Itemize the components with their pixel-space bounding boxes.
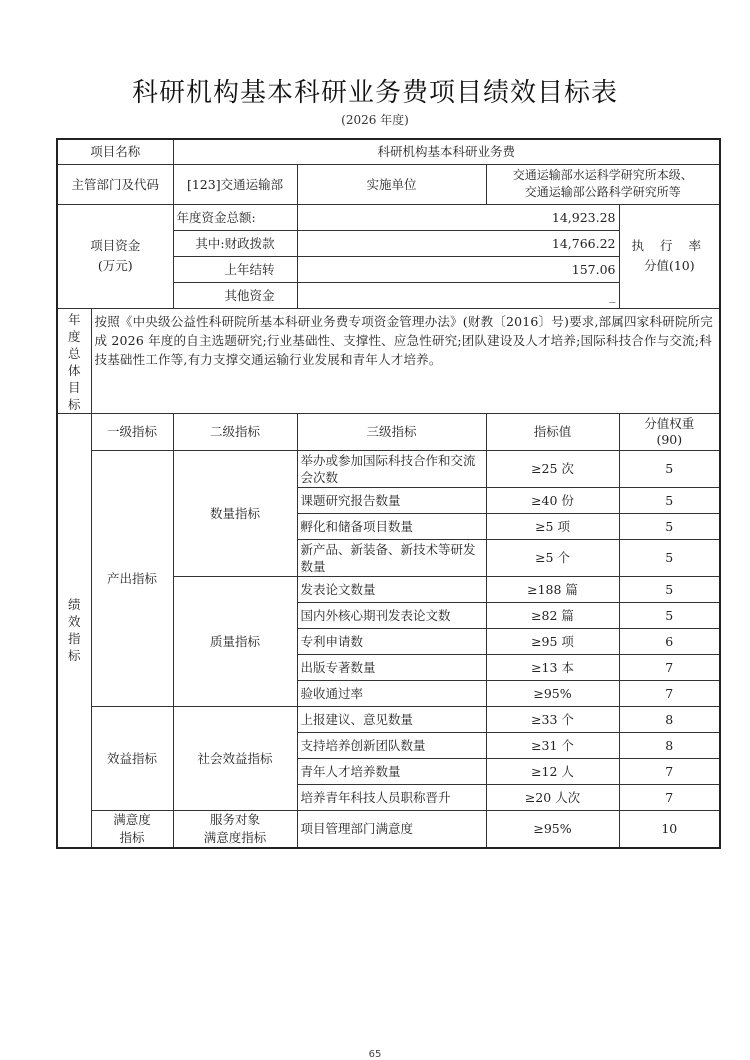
document-year: (2026 年度) — [0, 111, 750, 128]
indicator-name: 项目管理部门满意度 — [297, 810, 486, 848]
annual-goal-char: 体 — [58, 362, 91, 379]
group-service-line2: 满意度指标 — [177, 829, 294, 847]
indicator-name: 新产品、新装备、新技术等研发数量 — [297, 539, 486, 576]
indicator-weight: 5 — [619, 487, 720, 513]
indicator-weight: 7 — [619, 680, 720, 706]
table-row: 满意度 指标 服务对象 满意度指标 项目管理部门满意度 ≥95% 10 — [57, 810, 720, 848]
header-weight-line1: 分值权重 — [623, 416, 717, 432]
indicator-value: ≥95 项 — [486, 628, 619, 654]
group-quantity: 数量指标 — [173, 450, 297, 576]
indicator-name: 培养青年科技人员职称晋升 — [297, 784, 486, 810]
indicator-name: 出版专著数量 — [297, 654, 486, 680]
funding-label-line1: 项目资金 — [61, 236, 170, 256]
indicator-weight: 8 — [619, 732, 720, 758]
department-value-text: [123]交通运输部 — [187, 177, 283, 192]
group-satisfaction-line1: 满意度 — [95, 811, 170, 829]
header-level1: 一级指标 — [91, 413, 173, 450]
funding-label-line2: (万元) — [61, 256, 170, 276]
annual-goal-char: 度 — [58, 328, 91, 345]
group-benefit: 效益指标 — [91, 706, 173, 810]
group-service-satisfaction: 服务对象 满意度指标 — [173, 810, 297, 848]
annual-goal-label: 年 度 总 体 目 标 — [57, 308, 91, 413]
indicator-label-char: 标 — [58, 647, 91, 664]
indicator-name: 支持培养创新团队数量 — [297, 732, 486, 758]
project-name-row: 项目名称 科研机构基本科研业务费 — [57, 139, 720, 164]
indicator-value: ≥82 篇 — [486, 602, 619, 628]
indicator-name: 专利申请数 — [297, 628, 486, 654]
indicator-value: ≥12 人 — [486, 758, 619, 784]
header-level2: 二级指标 — [173, 413, 297, 450]
table-row: 产出指标 数量指标 举办或参加国际科技合作和交流会次数 ≥25 次 5 — [57, 450, 720, 487]
indicator-name: 孵化和储备项目数量 — [297, 513, 486, 539]
execution-rate-score: 分值(10) — [623, 256, 717, 276]
department-value: [123]交通运输部 — [173, 164, 297, 204]
indicator-weight: 8 — [619, 706, 720, 732]
indicator-name: 青年人才培养数量 — [297, 758, 486, 784]
indicator-name: 国内外核心期刊发表论文数 — [297, 602, 486, 628]
indicator-weight: 7 — [619, 784, 720, 810]
group-service-line1: 服务对象 — [177, 811, 294, 829]
funding-row-total: 项目资金 (万元) 年度资金总额: 14,923.28 执 行 率 分值(10) — [57, 204, 720, 230]
page-number: 65 — [0, 1049, 750, 1060]
performance-goal-table: 项目名称 科研机构基本科研业务费 主管部门及代码 [123]交通运输部 实施单位… — [56, 138, 721, 849]
annual-goal-char: 总 — [58, 345, 91, 362]
indicator-value: ≥95% — [486, 810, 619, 848]
indicator-value: ≥25 次 — [486, 450, 619, 487]
indicator-value: ≥5 项 — [486, 513, 619, 539]
annual-goal-char: 目 — [58, 379, 91, 396]
indicator-weight: 5 — [619, 450, 720, 487]
funding-other-value: _ — [297, 282, 619, 308]
indicator-value: ≥5 个 — [486, 539, 619, 576]
indicator-value: ≥188 篇 — [486, 576, 619, 602]
funding-carryover-value: 157.06 — [297, 256, 619, 282]
indicator-label-char: 指 — [58, 630, 91, 647]
group-output: 产出指标 — [91, 450, 173, 706]
funding-carryover-label: 上年结转 — [173, 256, 297, 282]
implementing-unit-line2: 交通运输部公路科学研究所等 — [487, 184, 720, 201]
group-quality: 质量指标 — [173, 576, 297, 706]
department-label: 主管部门及代码 — [57, 164, 173, 204]
indicator-name: 上报建议、意见数量 — [297, 706, 486, 732]
indicator-value: ≥31 个 — [486, 732, 619, 758]
annual-goal-char: 标 — [58, 396, 91, 413]
indicator-weight: 6 — [619, 628, 720, 654]
project-name-label: 项目名称 — [57, 139, 173, 164]
indicator-weight: 5 — [619, 513, 720, 539]
indicator-weight: 7 — [619, 758, 720, 784]
implementing-unit-label: 实施单位 — [297, 164, 486, 204]
group-social-benefit: 社会效益指标 — [173, 706, 297, 810]
indicator-name: 课题研究报告数量 — [297, 487, 486, 513]
group-satisfaction-line2: 指标 — [95, 829, 170, 847]
indicator-value: ≥13 本 — [486, 654, 619, 680]
indicator-name: 验收通过率 — [297, 680, 486, 706]
annual-goal-row: 年 度 总 体 目 标 按照《中央级公益性科研院所基本科研业务费专项资金管理办法… — [57, 308, 720, 413]
header-level3: 三级指标 — [297, 413, 486, 450]
document-title: 科研机构基本科研业务费项目绩效目标表 — [0, 72, 750, 109]
indicator-value: ≥33 个 — [486, 706, 619, 732]
indicator-weight: 5 — [619, 576, 720, 602]
funding-label: 项目资金 (万元) — [57, 204, 173, 308]
indicator-weight: 7 — [619, 654, 720, 680]
project-name-value: 科研机构基本科研业务费 — [173, 139, 720, 164]
indicator-label-char: 效 — [58, 613, 91, 630]
funding-fiscal-value: 14,766.22 — [297, 230, 619, 256]
table-row: 效益指标 社会效益指标 上报建议、意见数量 ≥33 个 8 — [57, 706, 720, 732]
indicator-weight: 5 — [619, 602, 720, 628]
execution-rate-cell: 执 行 率 分值(10) — [619, 204, 720, 308]
header-weight-line2: (90) — [623, 432, 717, 448]
group-output-text: 产出指标 — [107, 571, 157, 586]
header-weight: 分值权重 (90) — [619, 413, 720, 450]
implementing-unit-value: 交通运输部水运科学研究所本级、 交通运输部公路科学研究所等 — [486, 164, 720, 204]
header-value: 指标值 — [486, 413, 619, 450]
indicator-weight: 5 — [619, 539, 720, 576]
indicator-value: ≥20 人次 — [486, 784, 619, 810]
funding-total-label: 年度资金总额: — [173, 204, 297, 230]
department-row: 主管部门及代码 [123]交通运输部 实施单位 交通运输部水运科学研究所本级、 … — [57, 164, 720, 204]
indicator-value: ≥40 份 — [486, 487, 619, 513]
indicator-weight: 10 — [619, 810, 720, 848]
group-satisfaction: 满意度 指标 — [91, 810, 173, 848]
annual-goal-char: 年 — [58, 311, 91, 328]
funding-fiscal-label: 其中:财政拨款 — [173, 230, 297, 256]
performance-indicator-label: 绩 效 指 标 — [57, 413, 91, 848]
funding-other-label: 其他资金 — [173, 282, 297, 308]
indicator-header-row: 绩 效 指 标 一级指标 二级指标 三级指标 指标值 分值权重 (90) — [57, 413, 720, 450]
indicator-label-char: 绩 — [58, 596, 91, 613]
funding-total-value: 14,923.28 — [297, 204, 619, 230]
indicator-name: 举办或参加国际科技合作和交流会次数 — [297, 450, 486, 487]
execution-rate-label: 执 行 率 — [623, 236, 717, 256]
implementing-unit-line1: 交通运输部水运科学研究所本级、 — [487, 167, 720, 184]
annual-goal-text: 按照《中央级公益性科研院所基本科研业务费专项资金管理办法》(财教〔2016〕号)… — [91, 308, 720, 413]
indicator-value: ≥95% — [486, 680, 619, 706]
indicator-name: 发表论文数量 — [297, 576, 486, 602]
